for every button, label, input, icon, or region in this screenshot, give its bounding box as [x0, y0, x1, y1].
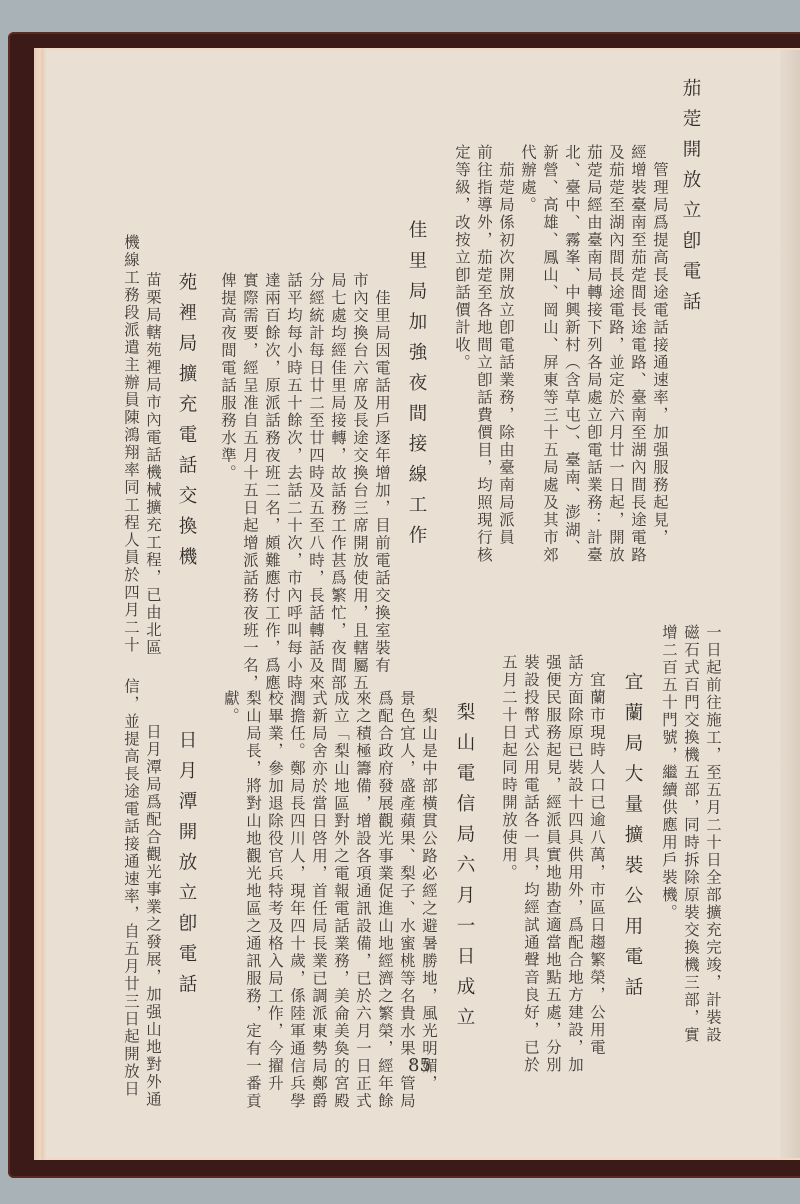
text-line: 管理局爲提高長途電話接通速率，加强服務起見，: [649, 144, 671, 547]
text-line: 代辦處。: [517, 144, 539, 214]
article-title-jiali: 佳里局加強夜間接線工作: [404, 220, 428, 556]
text-line: 景色宜人，盛產蘋果、梨子、水蜜桃等名貴水果。管局: [396, 690, 418, 1110]
text-line: 茄萣局係初次開放立卽電話業務，除由臺南局派員: [495, 144, 517, 547]
text-line: 佳里局因電話用戶逐年增加，目前電話交換室裝有: [371, 272, 393, 675]
text-line: 實際需要，經呈准自五月十五日起增派話務夜班一名，: [239, 272, 261, 692]
article-title-jiading: 茄萣開放立卽電話: [678, 78, 702, 322]
text-line: 茄萣局經由臺南局轉接下列各局處立卽電話業務：計臺: [583, 144, 605, 564]
page-number: 85: [408, 1055, 431, 1076]
text-line: 俾提高夜間電話服務水準。: [217, 272, 239, 482]
article-title-sunmoonlake: 日月潭開放立卽電話: [174, 730, 198, 1005]
text-line: 潤擔任。鄭局長四川人，現年四十歲，係陸軍通信兵學: [286, 690, 308, 1110]
text-line: 局七處均經佳里局接轉，故話務工作甚爲繁忙，夜間部: [327, 272, 349, 692]
page-right-edge: [780, 50, 800, 1158]
text-line: 信，並提高長途電話接通速率，自五月廿三日起開放日: [120, 678, 142, 1098]
text-line: 梨山局長，將對山地觀光地區之通訊服務，定有一番貢: [242, 690, 264, 1110]
text-line: 前往指導外，茄萣至各地間立卽話費價目，均照現行核: [473, 144, 495, 564]
book-page: 茄萣開放立卽電話 管理局爲提高長途電話接通速率，加强服務起見， 經增裝臺南至茄萣…: [46, 50, 800, 1158]
article-title-yuanli: 苑裡局擴充電話交換機: [174, 272, 198, 577]
text-line: 梨山是中部橫貫公路必經之避暑勝地，風光明媚，: [418, 690, 440, 1093]
text-line: 市內交換台六席及長途交換台三席開放使用，且轄屬五: [349, 272, 371, 692]
text-line: 宜蘭市現時人口已逾八萬，市區日趨繁榮，公用電: [586, 654, 608, 1057]
text-line: 一日起前往施工，至五月二十日全部擴充完竣，計裝設: [702, 624, 724, 1044]
text-line: 分經統計每日廿二至廿四時及五至八時，長話轉話及來: [305, 272, 327, 692]
text-line: 及茄萣至湖內間長途電路，並定於六月廿一日起，開放: [605, 144, 627, 564]
text-line: 强便民服務起見，經派員實地勘查適當地點五處，分別: [542, 654, 564, 1074]
text-line: 成立「梨山地區對外之電報電話業務，美侖美奐的宮殿: [330, 690, 352, 1110]
text-line: 苗栗局轄苑裡局市內電話機械擴充工程，已由北區: [142, 254, 164, 657]
text-line: 經增裝臺南至茄萣間長途電路、臺南至湖內間長途電路: [627, 144, 649, 564]
text-line: 爲配合政府發展觀光事業促進山地經濟之繁榮，經年餘: [374, 690, 396, 1110]
text-line: 日月潭局爲配合觀光事業之發展，加强山地對外通: [142, 706, 164, 1109]
text-line: 增二百五十門號，繼續供應用戶裝機。: [658, 624, 680, 922]
text-line: 磁石式百門交換機五部，同時拆除原裝交換機三部，實: [680, 624, 702, 1044]
text-line: 機線工務段派遣主辦員陳鴻翔率同工程人員於四月二十: [120, 234, 142, 654]
text-line: 式新局舍亦於當日啓用，首任局長業已調派東勢局鄭爵: [308, 690, 330, 1110]
text-line: 達兩百餘次，原派話務夜班二名，頗難應付工作，爲應: [261, 272, 283, 692]
text-line: 話方面除原已裝設十四具供用外，爲配合地方建設，加: [564, 654, 586, 1074]
article-title-yilan: 宜蘭局大量擴裝公用電話: [620, 672, 644, 1008]
text-line: 新營、高雄、鳳山、岡山、屏東等三十五局處及其市郊: [539, 144, 561, 564]
text-line: 定等級，改按立卽話價計收。: [451, 144, 473, 372]
text-line: 裝設投幣式公用電話各一具，均經試通聲音良好，已於: [520, 654, 542, 1074]
text-line: 獻。: [220, 690, 242, 725]
text-line: 話平均每小時五十餘次，去話二十次，市內呼叫每小時: [283, 272, 305, 692]
article-title-lishan: 梨山電信局六月一日成立: [452, 702, 476, 1038]
text-line: 五月二十日起同時開放使用。: [498, 654, 520, 882]
text-line: 校畢業，參加退除役官兵特考及格入局工作，今擢升: [264, 690, 286, 1093]
text-line: 北、臺中、霧峯、中興新村（含草屯）、臺南、澎湖、: [561, 144, 583, 556]
text-line: 來之積極籌備，增設各項通訊設備，已於六月一日正式: [352, 690, 374, 1110]
